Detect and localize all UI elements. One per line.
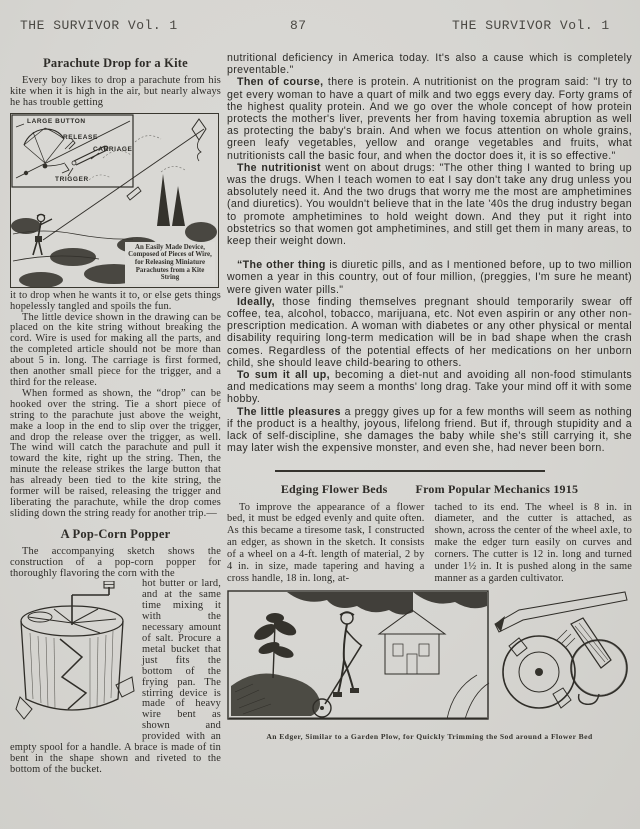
paragraph: To improve the appearance of a flower be… <box>227 502 425 585</box>
popper-figure-illustration <box>10 581 136 731</box>
paragraph: When formed as shown, the “drop” can be … <box>10 389 221 520</box>
edging-section-header: Edging Flower Beds From Popular Mechanic… <box>227 482 632 497</box>
paragraph: it to drop when he wants it to, or else … <box>10 291 221 313</box>
figure-label-carriage: CARRIAGE <box>93 146 132 153</box>
article-title-parachute-drop: Parachute Drop for a Kite <box>10 56 221 71</box>
paragraph: The little device shown in the drawing c… <box>10 313 221 389</box>
paragraph: nutritional deficiency in America today.… <box>227 52 632 76</box>
paragraph: tached to its end. The wheel is 8 in. in… <box>435 502 633 585</box>
header-title-right: THE SURVIVOR Vol. 1 <box>452 18 610 33</box>
page-number: 87 <box>290 18 307 33</box>
article-title-edging-flower-beds: Edging Flower Beds <box>281 482 388 497</box>
edger-figure-caption: An Edger, Similar to a Garden Plow, for … <box>227 732 632 741</box>
kite-figure-caption: An Easily Made Device, Composed of Piece… <box>125 242 215 284</box>
section-divider <box>275 470 545 472</box>
scanned-book-page: THE SURVIVOR Vol. 1 87 THE SURVIVOR Vol.… <box>0 0 640 829</box>
right-column: nutritional deficiency in America today.… <box>227 52 632 741</box>
page-header: THE SURVIVOR Vol. 1 87 THE SURVIVOR Vol.… <box>0 18 640 36</box>
paragraph: Then of course, there is protein. A nutr… <box>227 76 632 161</box>
header-title-left: THE SURVIVOR Vol. 1 <box>20 18 178 33</box>
figure-label-trigger: TRIGGER <box>55 176 89 183</box>
paragraph: Every boy likes to drop a parachute from… <box>10 76 221 109</box>
paragraph: The little pleasures a preggy gives up f… <box>227 406 632 455</box>
figure-label-large-button: LARGE BUTTON <box>27 118 86 125</box>
edger-figure-illustration <box>227 590 629 726</box>
paragraph: The accompanying sketch shows the constr… <box>10 547 221 580</box>
paragraph: To sum it all up, becoming a diet-nut an… <box>227 369 632 406</box>
article-title-popcorn-popper: A Pop-Corn Popper <box>10 527 221 542</box>
paragraph: “The other thing is diuretic pills, and … <box>227 259 632 296</box>
paragraph: Ideally, those finding themselves pregna… <box>227 296 632 369</box>
kite-figure-illustration: LARGE BUTTON RELEASE CARRIAGE TRIGGER An… <box>10 113 219 288</box>
edging-text-columns: To improve the appearance of a flower be… <box>227 502 632 585</box>
article-source: From Popular Mechanics 1915 <box>416 482 579 497</box>
edger-drawing <box>227 590 629 726</box>
paragraph: The nutritionist went on about drugs: "T… <box>227 162 632 247</box>
figure-label-release: RELEASE <box>63 134 98 141</box>
paragraph-with-figure: hot butter or lard, and at the same time… <box>10 579 221 775</box>
popper-drawing <box>10 581 136 731</box>
left-column: Parachute Drop for a Kite Every boy like… <box>10 52 221 776</box>
